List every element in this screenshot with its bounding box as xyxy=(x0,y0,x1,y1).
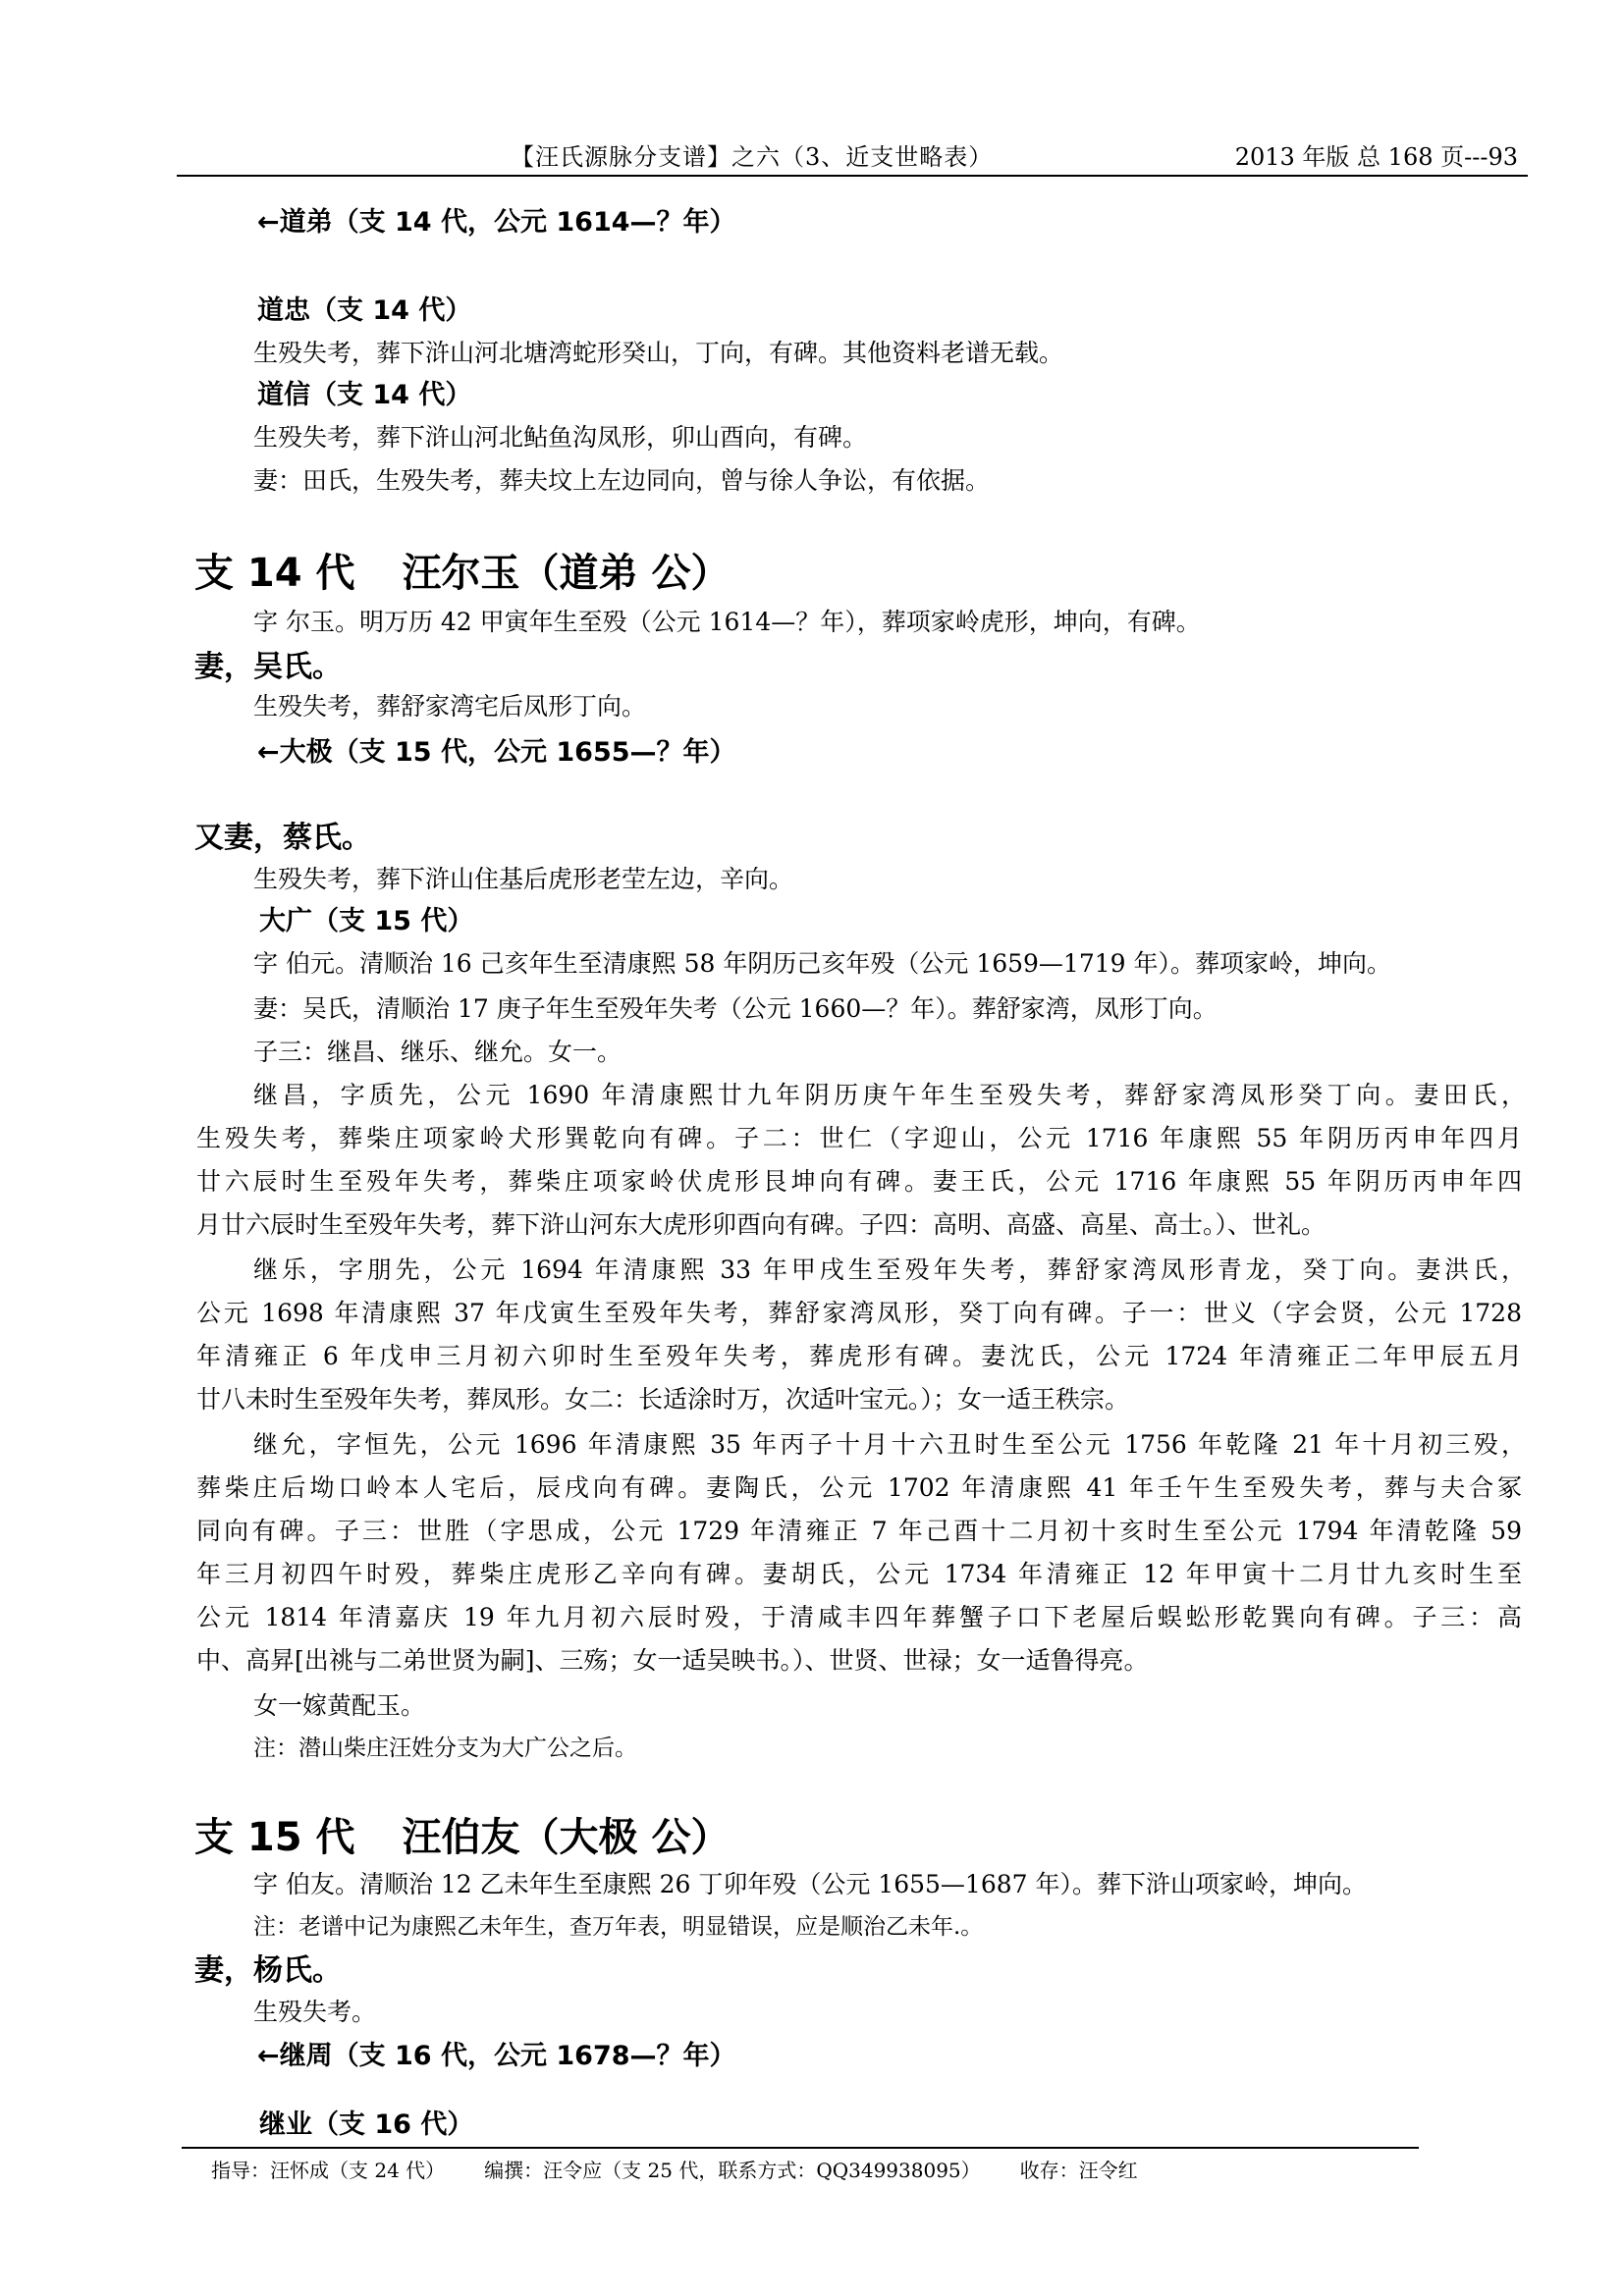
footer-keeper: 收存：汪令红 xyxy=(1020,2155,1138,2183)
text-line: 月廿六辰时生至殁年失考，葬下浒山河东大虎形卯酉向有碑。子四：高明、高盛、高星、高… xyxy=(196,1205,1326,1241)
text-line: 生殁失考，葬下浒山河北塘湾蛇形癸山，丁向，有碑。其他资料老谱无载。 xyxy=(253,334,1063,369)
text-line: 子三：继昌、继乐、继允。女一。 xyxy=(253,1033,622,1068)
note-line: 注：潜山柴庄汪姓分支为大广公之后。 xyxy=(253,1730,637,1762)
text-line: 廿八未时生至殁年失考，葬凤形。女二：长适涂时万，次适叶宝元。）；女一适王秩宗。 xyxy=(196,1380,1129,1415)
text-line: 女一嫁黄配玉。 xyxy=(253,1686,425,1722)
child-link-daji: ←大极（支 15 代，公元 1655—？年） xyxy=(257,730,736,769)
document-page: 【汪氏源脉分支谱】之六（3、近支世略表） 2013 年版 总 168 页---9… xyxy=(0,0,1624,2296)
note-line: 注：老谱中记为康熙乙未年生，查万年表，明显错误，应是顺治乙未年.。 xyxy=(253,1908,983,1941)
text-line: 生殁失考。 xyxy=(253,1993,376,2028)
text-line: 生殁失考，葬舒家湾宅后凤形丁向。 xyxy=(253,687,646,722)
text-line: 字 伯友。清顺治 12 乙未年生至康熙 26 丁卯年殁（公元 1655—1687… xyxy=(253,1865,1367,1900)
text-line: 生殁失考，葬下浒山河北鲇鱼沟凤形，卯山酉向，有碑。 xyxy=(253,418,867,454)
section-heading-gen15: 支 15 代汪伯友（大极 公） xyxy=(194,1806,730,1862)
header-edition-page: 2013 年版 总 168 页---93 xyxy=(1235,137,1518,172)
generation-label: 支 15 代 xyxy=(194,1815,355,1860)
person-heading-jiye: 继业（支 16 代） xyxy=(259,2103,473,2141)
page-footer: 指导：汪怀成（支 24 代） 编撰：汪令应（支 25 代，联系方式：QQ3499… xyxy=(182,2147,1419,2183)
wife-heading: 妻，杨氏。 xyxy=(194,1946,342,1989)
text-line: 廿六辰时生至殁年失考，葬柴庄项家岭伏虎形艮坤向有碑。妻王氏，公元 1716 年康… xyxy=(196,1162,1522,1198)
text-line: 继昌，字质先，公元 1690 年清康熙廿九年阴历庚午年生至殁失考，葬舒家湾凤形癸… xyxy=(253,1076,1526,1111)
wife-heading: 妻，吴氏。 xyxy=(194,642,342,685)
person-heading-daoxin: 道信（支 14 代） xyxy=(257,373,471,411)
wife-heading: 又妻，蔡氏。 xyxy=(194,813,371,856)
text-line: 继允，字恒先，公元 1696 年清康熙 35 年丙子十月十六丑时生至公元 175… xyxy=(253,1425,1526,1461)
child-link-jizhou: ←继周（支 16 代，公元 1678—？年） xyxy=(257,2034,736,2072)
footer-editor: 编撰：汪令应（支 25 代，联系方式：QQ349938095） xyxy=(484,2155,980,2183)
generation-label: 支 14 代 xyxy=(194,551,355,596)
text-line: 妻：吴氏，清顺治 17 庚子年生至殁年失考（公元 1660—？年）。葬舒家湾，凤… xyxy=(253,989,1218,1025)
text-line: 年三月初四午时殁，葬柴庄虎形乙辛向有碑。妻胡氏，公元 1734 年清雍正 12 … xyxy=(196,1555,1522,1590)
text-line: 字 尔玉。明万历 42 甲寅年生至殁（公元 1614—？年），葬项家岭虎形，坤向… xyxy=(253,603,1201,638)
text-line: 字 伯元。清顺治 16 己亥年生至清康熙 58 年阴历己亥年殁（公元 1659—… xyxy=(253,944,1391,980)
section-heading-gen14: 支 14 代汪尔玉（道弟 公） xyxy=(194,542,730,598)
person-heading-daguang: 大广（支 15 代） xyxy=(259,899,473,937)
text-line: 中、高昇[出祧与二弟世贤为嗣]、三殇；女一适吴映书。）、世贤、世禄；女一适鲁得亮… xyxy=(196,1641,1149,1677)
text-line: 继乐，字朋先，公元 1694 年清康熙 33 年甲戌生至殁年失考，葬舒家湾凤形青… xyxy=(253,1251,1526,1286)
text-line: 生殁失考，葬下浒山住基后虎形老茔左边，辛向。 xyxy=(253,860,793,895)
header-title: 【汪氏源脉分支谱】之六（3、近支世略表） xyxy=(511,137,993,172)
person-name: 汪尔玉（道弟 公） xyxy=(403,551,731,596)
text-line: 妻：田氏，生殁失考，葬夫坟上左边同向，曾与徐人争讼，有依据。 xyxy=(253,461,990,497)
child-link-daodi: ←道弟（支 14 代，公元 1614—？年） xyxy=(257,200,736,239)
text-line: 生殁失考，葬柴庄项家岭犬形巽乾向有碑。子二：世仁（字迎山，公元 1716 年康熙… xyxy=(196,1119,1522,1154)
text-line: 公元 1698 年清康熙 37 年戊寅生至殁年失考，葬舒家湾凤形，癸丁向有碑。子… xyxy=(196,1294,1522,1329)
text-line: 公元 1814 年清嘉庆 19 年九月初六辰时殁，于清咸丰四年葬蟹子口下老屋后蜈… xyxy=(196,1598,1522,1633)
person-heading-daozhong: 道忠（支 14 代） xyxy=(257,289,471,327)
text-line: 葬柴庄后坳口岭本人宅后，辰戌向有碑。妻陶氏，公元 1702 年清康熙 41 年壬… xyxy=(196,1468,1522,1504)
page-header: 【汪氏源脉分支谱】之六（3、近支世略表） 2013 年版 总 168 页---9… xyxy=(177,132,1528,177)
person-name: 汪伯友（大极 公） xyxy=(403,1815,731,1860)
text-line: 年清雍正 6 年戊申三月初六卯时生至殁年失考，葬虎形有碑。妻沈氏，公元 1724… xyxy=(196,1337,1522,1372)
text-line: 同向有碑。子三：世胜（字思成，公元 1729 年清雍正 7 年己酉十二月初十亥时… xyxy=(196,1512,1522,1547)
footer-guide: 指导：汪怀成（支 24 代） xyxy=(211,2155,445,2183)
